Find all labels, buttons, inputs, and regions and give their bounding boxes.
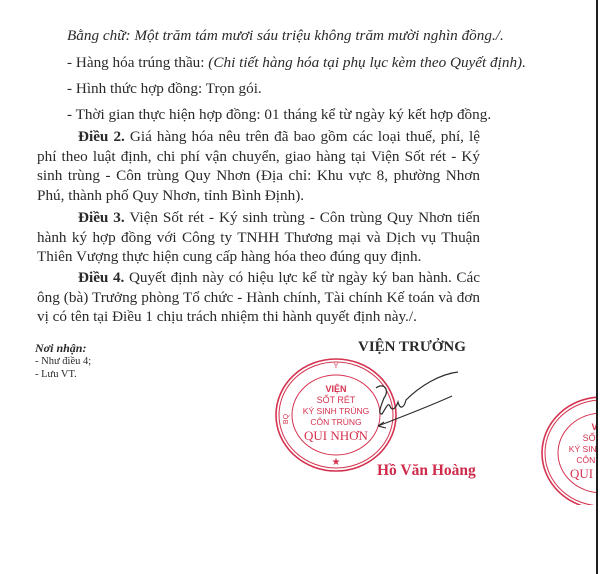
seal-top-mark: Y — [334, 363, 339, 370]
svg-text:QUI NHƠN: QUI NHƠN — [570, 466, 596, 481]
seal-line-3: KÝ SINH TRÙNG — [303, 406, 369, 416]
seal-line-1: VIỆN — [325, 383, 346, 394]
seal-line-4: CÔN TRÙNG — [310, 417, 361, 427]
signer-title: VIỆN TRƯỞNG — [358, 339, 466, 356]
svg-text:SỐT RÉT: SỐT RÉT — [583, 432, 596, 443]
article-3-heading: Điều 3. — [78, 209, 125, 226]
seal-line-2: SỐT RÉT — [317, 394, 356, 405]
recipient-item: - Lưu VT. — [35, 369, 91, 382]
bullet-duration: - Thời gian thực hiện hợp đồng: 01 tháng… — [67, 106, 491, 124]
article-2-heading: Điều 2. — [78, 128, 125, 145]
svg-text:KÝ SINH TRÙNG: KÝ SINH TRÙNG — [569, 444, 596, 454]
article-3: Điều 3. Viện Sốt rét - Ký sinh trùng - C… — [37, 208, 480, 267]
article-2: Điều 2. Giá hàng hóa nêu trên đã bao gồm… — [37, 127, 480, 205]
svg-text:VIỆN: VIỆN — [591, 421, 596, 432]
page-edge-border — [596, 0, 598, 574]
article-4: Điều 4. Quyết định này có hiệu lực kể từ… — [37, 268, 480, 327]
recipients-heading: Nơi nhận: — [35, 341, 91, 356]
seal-side-mark: BQ — [283, 413, 290, 424]
recipient-item: - Như điều 4; — [35, 356, 91, 369]
recipients-block: Nơi nhận: - Như điều 4; - Lưu VT. — [35, 341, 91, 381]
amount-in-words: Bằng chữ: Một trăm tám mươi sáu triệu kh… — [67, 27, 504, 45]
partial-seal: Y VIỆN SỐT RÉT KÝ SINH TRÙNG CÔN TRÙNG Q… — [540, 395, 596, 505]
bullet-goods-label: - Hàng hóa trúng thầu: — [67, 54, 208, 71]
signer-name: Hồ Văn Hoàng — [377, 462, 476, 480]
bullet-goods-value: (Chi tiết hàng hóa tại phụ lục kèm theo … — [208, 54, 526, 71]
seal-line-5: QUI NHƠN — [304, 428, 369, 443]
signature-scribble — [370, 368, 470, 443]
article-4-heading: Điều 4. — [78, 269, 124, 286]
svg-text:CÔN TRÙNG: CÔN TRÙNG — [576, 455, 596, 465]
bullet-goods: - Hàng hóa trúng thầu: (Chi tiết hàng hó… — [67, 54, 526, 72]
bullet-contract-form: - Hình thức hợp đồng: Trọn gói. — [67, 80, 262, 98]
seal-star-icon: ★ — [332, 457, 341, 468]
